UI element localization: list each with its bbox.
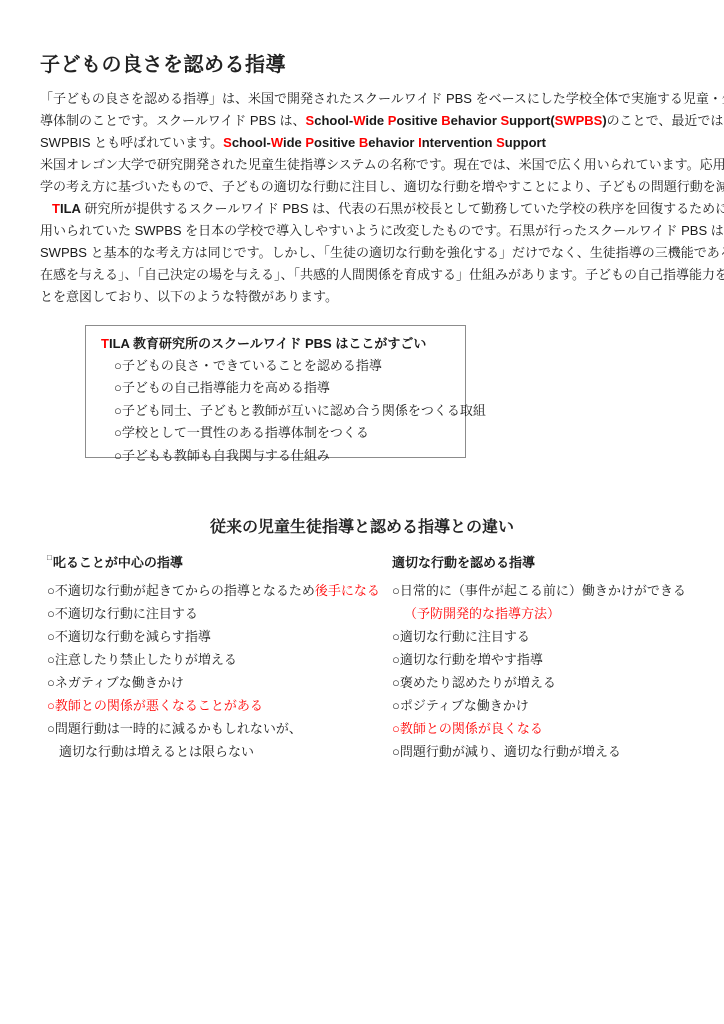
text-segment: ○褒めたり認めたりが増える [392, 675, 556, 690]
scolding-column-item: ○不適切な行動に注目する [47, 602, 392, 625]
document-page: 子どもの良さを認める指導 「子どもの良さを認める指導」は、米国で開発されたスクー… [0, 0, 724, 1024]
scolding-column-item: ○不適切な行動が起きてからの指導となるため後手になる [47, 579, 392, 602]
text-segment: ○不適切な行動を減らす指導 [47, 629, 211, 644]
intro-paragraph-line: 導体制のことです。スクールワイド PBS は、School-Wide Posit… [40, 110, 692, 132]
text-segment: 在感を与える」、「自己決定の場を与える」、「共感的人間関係を育成する」仕組みがあ… [40, 267, 724, 282]
text-segment: B [441, 113, 450, 128]
feature-box-title-line: TILA 教育研究所のスクールワイド PBS はここがすごい [101, 333, 465, 355]
scolding-column-item: ○不適切な行動を減らす指導 [47, 625, 392, 648]
scolding-column-item: ○ネガティブな働きかけ [47, 671, 392, 694]
text-segment: （予防開発的な指導方法） [404, 606, 560, 621]
text-segment: 導体制のことです。スクールワイド PBS は、 [40, 113, 306, 128]
tila-paragraph-line: SWPBS と基本的な考え方は同じです。しかし、「生徒の適切な行動を強化する」だ… [40, 242, 692, 264]
intro-paragraph-line: 米国オレゴン大学で研究開発された児童生徒指導システムの名称です。現在では、米国で… [40, 154, 692, 176]
text-segment: W [271, 135, 283, 150]
recognizing-column-item: ○教師との関係が良くなる [392, 717, 717, 740]
text-segment: SWPBIS とも呼ばれています。 [40, 135, 223, 150]
text-segment: ositive [396, 113, 441, 128]
text-segment: 「子どもの良さを認める指導」は、米国で開発されたスクールワイド PBS をベース… [40, 91, 724, 106]
text-segment: T [101, 336, 109, 351]
text-segment: SWPBS [555, 113, 603, 128]
text-segment: ehavior [368, 135, 418, 150]
text-segment: upport( [509, 113, 554, 128]
scolding-column-header: □叱ることが中心の指導 [47, 552, 392, 574]
feature-box-item: ○子どもの自己指導能力を高める指導 [114, 377, 465, 399]
text-segment: 用いられていた SWPBS を日本の学校で導入しやすいように改変したものです。石… [40, 223, 724, 238]
text-segment: ○不適切な行動が起きてからの指導となるため [47, 583, 315, 598]
text-segment: chool- [314, 113, 353, 128]
text-segment: S [496, 135, 505, 150]
intro-paragraph-line: 「子どもの良さを認める指導」は、米国で開発されたスクールワイド PBS をベース… [40, 88, 692, 110]
text-segment: ositive [314, 135, 359, 150]
text-segment: 米国オレゴン大学で研究開発された児童生徒指導システムの名称です。現在では、米国で… [40, 157, 724, 172]
text-segment: ○ネガティブな働きかけ [47, 675, 184, 690]
scolding-column-item: ○注意したり禁止したりが増える [47, 648, 392, 671]
text-segment: SWPBS と基本的な考え方は同じです。しかし、「生徒の適切な行動を強化する」だ… [40, 245, 724, 260]
intro-paragraph-line: 学の考え方に基づいたもので、子どもの適切な行動に注目し、適切な行動を増やすことに… [40, 176, 692, 198]
text-segment: ○適切な行動に注目する [392, 629, 530, 644]
feature-box-item: ○子どもの良さ・できていることを認める指導 [114, 355, 465, 377]
text-segment: B [359, 135, 368, 150]
page-title: 子どもの良さを認める指導 [40, 48, 286, 77]
feature-box-item: ○学校として一貫性のある指導体制をつくる [114, 422, 465, 444]
feature-box-item: ○子ども同士、子どもと教師が互いに認め合う関係をつくる取組 [114, 400, 465, 422]
scolding-column-items: ○不適切な行動が起きてからの指導となるため後手になる○不適切な行動に注目する○不… [47, 579, 392, 763]
text-segment: ○日常的に（事件が起こる前に）働きかけができる [392, 583, 686, 598]
text-segment: ide [283, 135, 305, 150]
scolding-column-item: ○問題行動は一時的に減るかもしれないが、 [47, 717, 392, 740]
text-segment: chool- [232, 135, 271, 150]
recognizing-column-header: 適切な行動を認める指導 [392, 552, 717, 574]
text-segment: 適切な行動は増えるとは限らない [59, 744, 254, 759]
text-segment: 学の考え方に基づいたもので、子どもの適切な行動に注目し、適切な行動を増やすことに… [40, 179, 724, 194]
section-heading: 従来の児童生徒指導と認める指導との違い [0, 514, 724, 537]
text-segment: ○学校として一貫性のある指導体制をつくる [114, 425, 369, 440]
text-segment: ○問題行動は一時的に減るかもしれないが、 [47, 721, 302, 736]
text-segment: ehavior [451, 113, 501, 128]
scolding-column-item: ○教師との関係が悪くなることがある [47, 694, 392, 717]
tila-paragraph-line: 用いられていた SWPBS を日本の学校で導入しやすいように改変したものです。石… [40, 220, 692, 242]
text-segment: T [52, 201, 60, 216]
feature-box-title: TILA 教育研究所のスクールワイド PBS はここがすごい [86, 326, 465, 355]
text-segment: 後手になる [315, 583, 380, 598]
text-segment: S [223, 135, 232, 150]
text-segment: ○教師との関係が良くなる [392, 721, 543, 736]
recognizing-column-item: ○問題行動が減り、適切な行動が増える [392, 740, 717, 763]
text-segment: のことで、最近では、 [607, 113, 724, 128]
text-segment: とを意図しており、以下のような特徴があります。 [40, 289, 338, 304]
scolding-column: □叱ることが中心の指導 ○不適切な行動が起きてからの指導となるため後手になる○不… [47, 552, 392, 763]
recognizing-column-item: ○適切な行動を増やす指導 [392, 648, 717, 671]
recognizing-column-header-label: 適切な行動を認める指導 [392, 555, 535, 570]
text-segment: ○子どもの自己指導能力を高める指導 [114, 380, 330, 395]
text-segment: ILA [60, 201, 81, 216]
intro-paragraph-line: SWPBIS とも呼ばれています。School-Wide Positive Be… [40, 132, 692, 154]
text-segment: ntervention [422, 135, 496, 150]
text-segment: ○不適切な行動に注目する [47, 606, 198, 621]
text-segment: ○子ども同士、子どもと教師が互いに認め合う関係をつくる取組 [114, 403, 486, 418]
recognizing-column-item: ○ポジティブな働きかけ [392, 694, 717, 717]
tila-paragraph-line: とを意図しており、以下のような特徴があります。 [40, 286, 692, 308]
intro-paragraph: 「子どもの良さを認める指導」は、米国で開発されたスクールワイド PBS をベース… [40, 88, 692, 198]
feature-box-items: ○子どもの良さ・できていることを認める指導○子どもの自己指導能力を高める指導○子… [86, 355, 465, 467]
tila-paragraph-line: TILA 研究所が提供するスクールワイド PBS は、代表の石黒が校長として勤務… [40, 198, 692, 220]
square-marker-icon: □ [47, 553, 52, 562]
text-segment: 研究所が提供するスクールワイド PBS は、代表の石黒が校長として勤務していた学… [81, 201, 724, 216]
text-segment: ○ポジティブな働きかけ [392, 698, 529, 713]
recognizing-column: 適切な行動を認める指導 ○日常的に（事件が起こる前に）働きかけができる（予防開発… [392, 552, 717, 763]
text-segment: P [305, 135, 314, 150]
recognizing-column-item: ○適切な行動に注目する [392, 625, 717, 648]
text-segment: S [501, 113, 510, 128]
recognizing-column-item: ○日常的に（事件が起こる前に）働きかけができる [392, 579, 717, 602]
text-segment: upport [505, 135, 546, 150]
text-segment: ○適切な行動を増やす指導 [392, 652, 543, 667]
text-segment: ○子どもも教師も自我関与する仕組み [114, 448, 330, 463]
text-segment: ○注意したり禁止したりが増える [47, 652, 237, 667]
text-segment: ILA [109, 336, 129, 351]
text-segment: 教育研究所のスクールワイド PBS はここがすごい [129, 336, 426, 351]
recognizing-column-item: （予防開発的な指導方法） [392, 602, 717, 625]
text-segment: S [306, 113, 315, 128]
recognizing-column-items: ○日常的に（事件が起こる前に）働きかけができる（予防開発的な指導方法）○適切な行… [392, 579, 717, 763]
text-segment: ○教師との関係が悪くなることがある [47, 698, 263, 713]
tila-paragraph-line: 在感を与える」、「自己決定の場を与える」、「共感的人間関係を育成する」仕組みがあ… [40, 264, 692, 286]
feature-box-item: ○子どもも教師も自我関与する仕組み [114, 445, 465, 467]
feature-box: TILA 教育研究所のスクールワイド PBS はここがすごい ○子どもの良さ・で… [85, 325, 466, 458]
text-segment: ○子どもの良さ・できていることを認める指導 [114, 358, 382, 373]
text-segment: ○問題行動が減り、適切な行動が増える [392, 744, 621, 759]
scolding-column-header-label: 叱ることが中心の指導 [53, 555, 183, 570]
text-segment: ide [365, 113, 387, 128]
scolding-column-item: 適切な行動は増えるとは限らない [47, 740, 392, 763]
tila-paragraph: TILA 研究所が提供するスクールワイド PBS は、代表の石黒が校長として勤務… [40, 198, 692, 308]
recognizing-column-item: ○褒めたり認めたりが増える [392, 671, 717, 694]
text-segment: W [353, 113, 365, 128]
